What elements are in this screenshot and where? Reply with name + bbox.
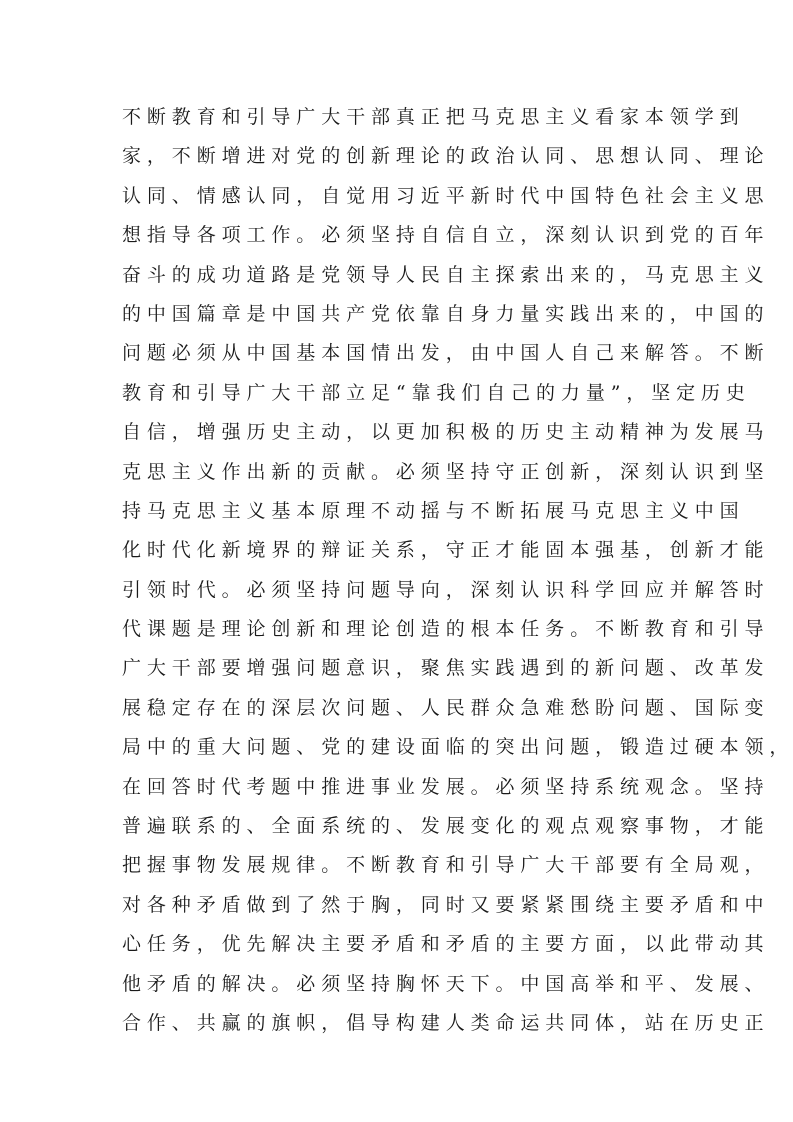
text-line: 广大干部要增强问题意识，聚焦实践遇到的新问题、改革发 [122,649,682,688]
text-line: 自信，增强历史主动，以更加积极的历史主动精神为发展马 [122,413,682,452]
text-line: 引领时代。必须坚持问题导向，深刻认识科学回应并解答时 [122,571,682,610]
text-line: 不断教育和引导广大干部真正把马克思主义看家本领学到 [122,98,682,137]
text-line: 普遍联系的、全面系统的、发展变化的观点观察事物，才能 [122,807,682,846]
text-line: 化时代化新境界的辩证关系，守正才能固本强基，创新才能 [122,531,682,570]
text-line: 心任务，优先解决主要矛盾和矛盾的主要方面，以此带动其 [122,925,682,964]
text-line: 教育和引导广大干部立足“靠我们自己的力量”，坚定历史 [122,374,682,413]
body-paragraph: 不断教育和引导广大干部真正把马克思主义看家本领学到 家，不断增进对党的创新理论的… [122,98,682,1043]
text-line: 问题必须从中国基本国情出发，由中国人自己来解答。不断 [122,334,682,373]
text-line: 展稳定存在的深层次问题、人民群众急难愁盼问题、国际变 [122,689,682,728]
text-line: 家，不断增进对党的创新理论的政治认同、思想认同、理论 [122,137,682,176]
document-page: 不断教育和引导广大干部真正把马克思主义看家本领学到 家，不断增进对党的创新理论的… [0,0,793,1122]
text-line: 局中的重大问题、党的建设面临的突出问题，锻造过硬本领， [122,728,682,767]
text-line: 在回答时代考题中推进事业发展。必须坚持系统观念。坚持 [122,768,682,807]
text-line: 想指导各项工作。必须坚持自信自立，深刻认识到党的百年 [122,216,682,255]
text-line: 对各种矛盾做到了然于胸，同时又要紧紧围绕主要矛盾和中 [122,886,682,925]
text-line: 代课题是理论创新和理论创造的根本任务。不断教育和引导 [122,610,682,649]
text-line: 持马克思主义基本原理不动摇与不断拓展马克思主义中国 [122,492,682,531]
text-line: 合作、共赢的旗帜，倡导构建人类命运共同体，站在历史正 [122,1004,682,1043]
text-line: 他矛盾的解决。必须坚持胸怀天下。中国高举和平、发展、 [122,965,682,1004]
text-line: 把握事物发展规律。不断教育和引导广大干部要有全局观， [122,846,682,885]
text-line: 的中国篇章是中国共产党依靠自身力量实践出来的，中国的 [122,295,682,334]
text-line: 奋斗的成功道路是党领导人民自主探索出来的，马克思主义 [122,256,682,295]
text-line: 克思主义作出新的贡献。必须坚持守正创新，深刻认识到坚 [122,453,682,492]
text-line: 认同、情感认同，自觉用习近平新时代中国特色社会主义思 [122,177,682,216]
